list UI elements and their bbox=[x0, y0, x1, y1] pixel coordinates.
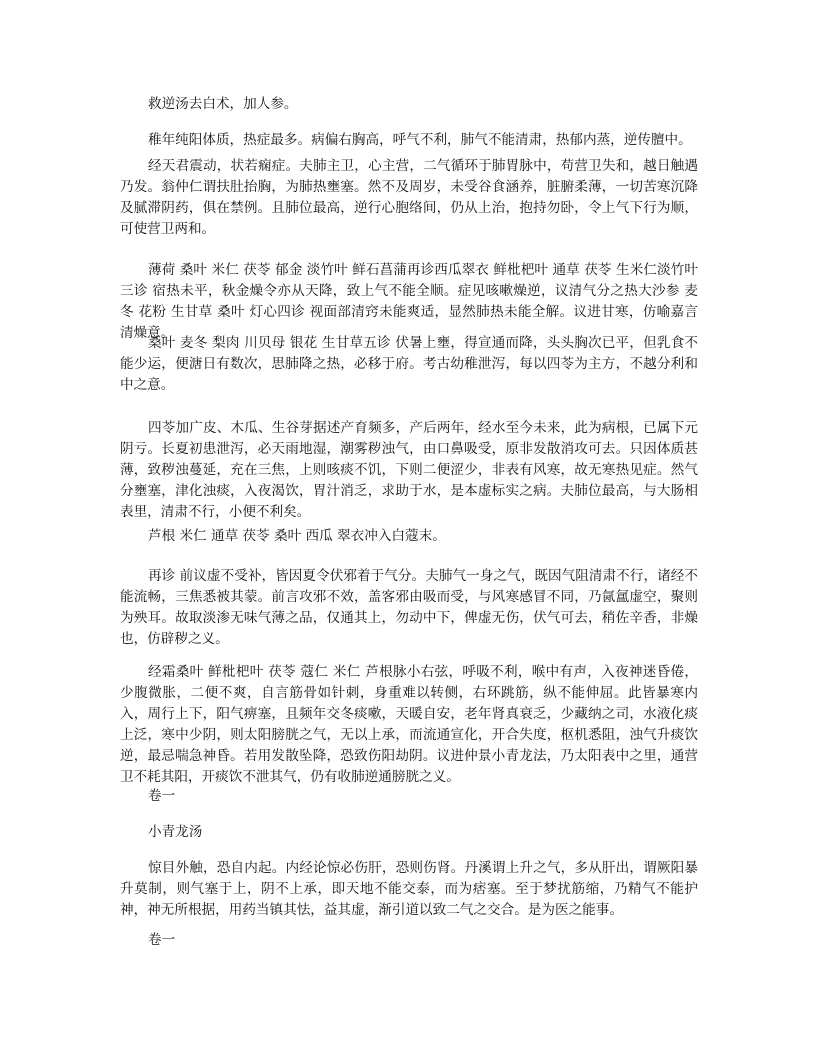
paragraph: 再诊 前议虚不受补，皆因夏令伏邪着于气分。夫肺气一身之气，既因气阻清肃不行，诸经… bbox=[120, 566, 698, 650]
section-heading-volume: 卷一 bbox=[120, 786, 175, 807]
section-heading-formula: 小青龙汤 bbox=[120, 822, 202, 843]
paragraph: 四苓加广皮、木瓜、生谷芽据述产育频多，产后两年，经水至今未来，此为病根，已属下元… bbox=[120, 418, 698, 523]
paragraph: 桑叶 麦冬 梨肉 川贝母 银花 生甘草五诊 伏暑上壅，得宣通而降，头头胸次已平，… bbox=[120, 333, 698, 396]
paragraph: 惊目外触，恐自内起。内经论惊必伤肝，恐则伤肾。丹溪谓上升之气，多从肝出，谓厥阳暴… bbox=[120, 858, 698, 921]
paragraph: 薄荷 桑叶 米仁 茯苓 郁金 淡竹叶 鲜石菖蒲再诊西瓜翠衣 鲜枇杷叶 通草 茯苓… bbox=[120, 260, 698, 344]
paragraph: 芦根 米仁 通草 茯苓 桑叶 西瓜 翠衣冲入白蔻末。 bbox=[120, 526, 698, 547]
paragraph: 稚年纯阳体质，热症最多。病偏右胸高，呼气不利，肺气不能清肃，热郁内蒸，逆传膻中。 bbox=[120, 130, 698, 151]
paragraph: 经霜桑叶 鲜枇杷叶 茯苓 蔻仁 米仁 芦根脉小右弦，呼吸不利，喉中有声，入夜神迷… bbox=[120, 662, 698, 788]
paragraph: 经天君震动，状若痫症。夫肺主卫，心主营，二气循环于肺胃脉中，苟营卫失和，越日触遇… bbox=[120, 156, 698, 240]
document-page: 救逆汤去白术，加人参。 稚年纯阳体质，热症最多。病偏右胸高，呼气不利，肺气不能清… bbox=[0, 0, 816, 1056]
section-heading-volume: 卷一 bbox=[120, 930, 175, 951]
paragraph: 救逆汤去白术，加人参。 bbox=[120, 94, 698, 115]
